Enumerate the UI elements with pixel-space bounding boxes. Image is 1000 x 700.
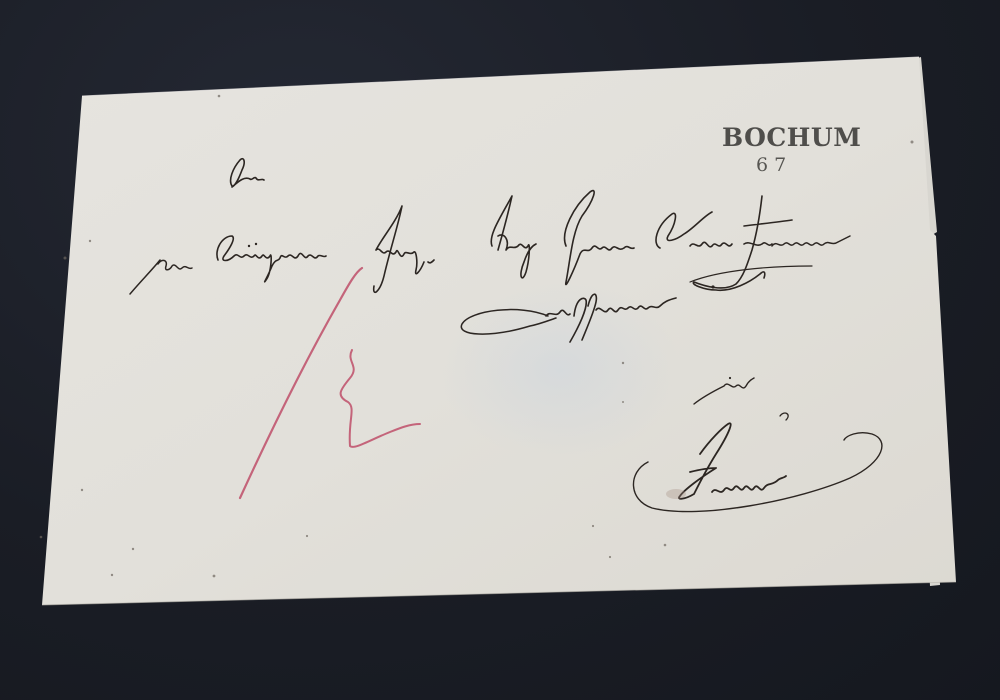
postmark-date: 6 7 [756,154,786,176]
postmark-town: BOCHUM [722,123,861,152]
letter-scene: BOCHUM 6 7 [0,0,1000,700]
